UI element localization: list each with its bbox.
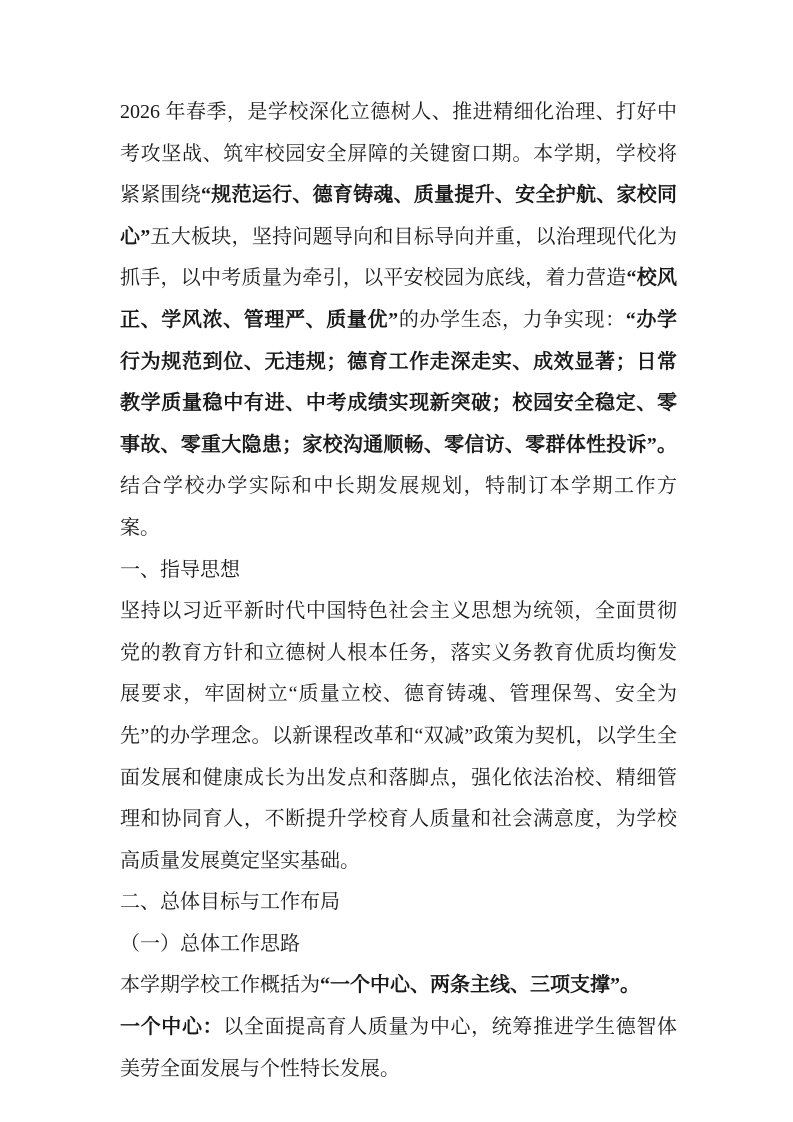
heading-guiding-ideology: 一、指导思想: [120, 550, 677, 592]
document-page: 2026 年春季，是学校深化立德树人、推进精细化治理、打好中考攻坚战、筑牢校园安…: [0, 0, 793, 1122]
paragraph-intro: 2026 年春季，是学校深化立德树人、推进精细化治理、打好中考攻坚战、筑牢校园安…: [120, 92, 677, 550]
bold-text-run: 一个中心：: [120, 1016, 223, 1038]
text-run: 五大板块，坚持问题导向和目标导向并重，以治理现代化为抓手，以中考质量为牵引，以平…: [120, 226, 677, 290]
text-run: 二、总体目标与工作布局: [120, 891, 340, 913]
text-run: 的办学生态，力争实现：: [398, 309, 626, 331]
paragraph-guiding-ideology: 坚持以习近平新时代中国特色社会主义思想为统领，全面贯彻党的教育方针和立德树人根本…: [120, 591, 677, 882]
paragraph-one-center: 一个中心：以全面提高育人质量为中心，统筹推进学生德智体美劳全面发展与个性特长发展…: [120, 1007, 677, 1090]
text-run: 结合学校办学实际和中长期发展规划，特制订本学期工作方案。: [120, 475, 677, 539]
heading-overall-goals: 二、总体目标与工作布局: [120, 882, 677, 924]
text-run: 坚持以习近平新时代中国特色社会主义思想为统领，全面贯彻党的教育方针和立德树人根本…: [120, 600, 677, 872]
paragraph-work-summary: 本学期学校工作概括为“一个中心、两条主线、三项支撑”。: [120, 965, 677, 1007]
text-run: 一、指导思想: [120, 559, 240, 581]
document-body: 2026 年春季，是学校深化立德树人、推进精细化治理、打好中考攻坚战、筑牢校园安…: [120, 92, 677, 1090]
bold-text-run: “一个中心、两条主线、三项支撑”。: [320, 974, 640, 996]
text-run: （一）总体工作思路: [120, 933, 300, 955]
heading-overall-work-approach: （一）总体工作思路: [120, 924, 677, 966]
text-run: 本学期学校工作概括为: [120, 974, 320, 996]
